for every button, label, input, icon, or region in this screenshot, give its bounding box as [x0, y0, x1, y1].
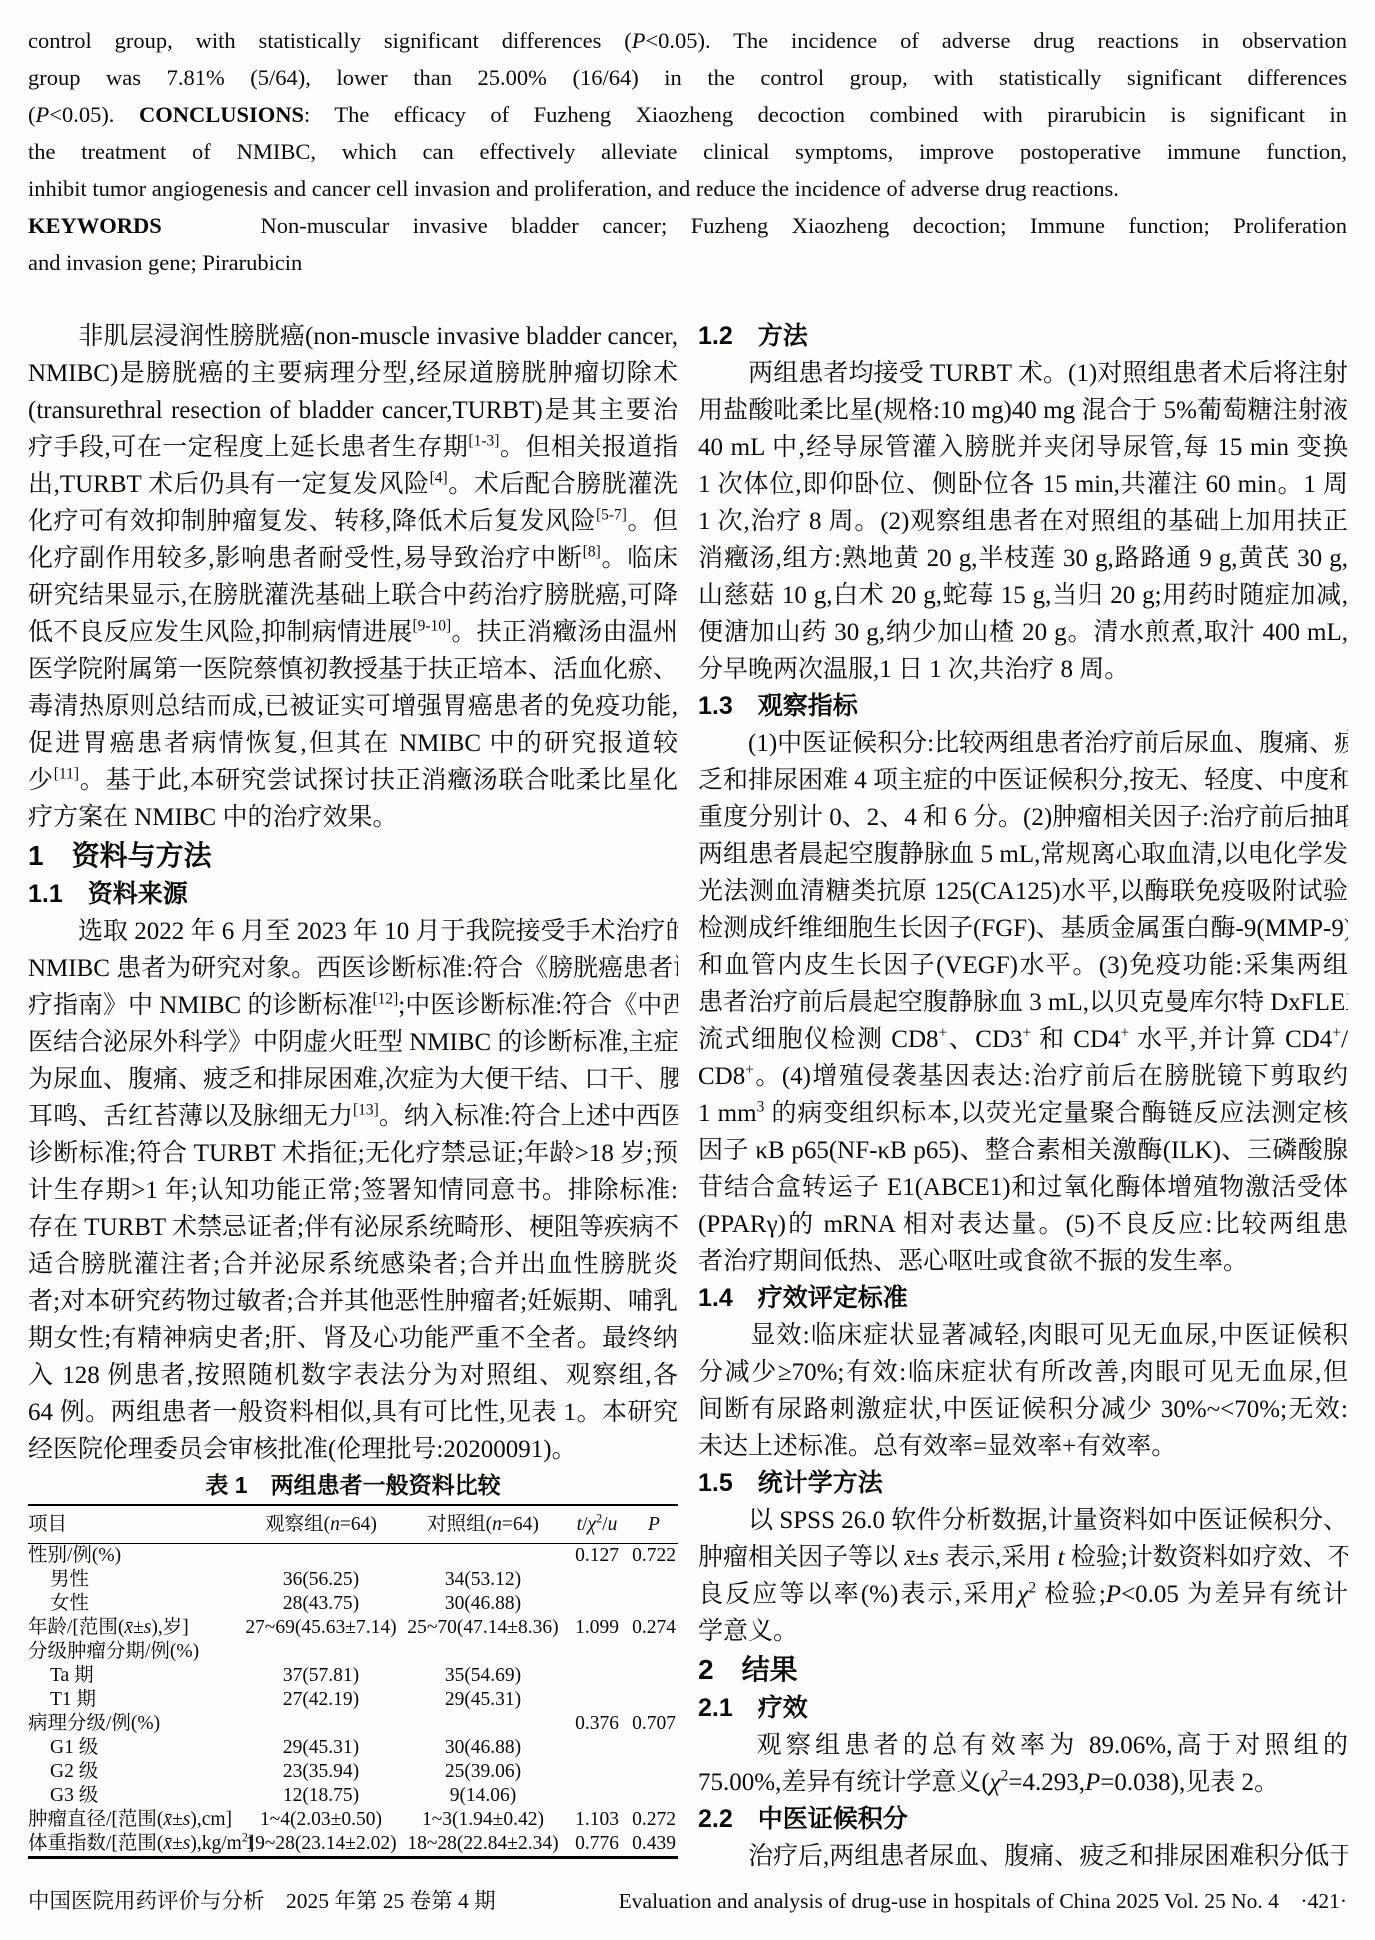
text-line: 肿瘤相关因子等以 x̄±s 表示,采用 t 检验;计数资料如疗效、不 [698, 1539, 1348, 1576]
table-cell: 28(43.75) [240, 1592, 402, 1616]
text-line: 良反应等以率(%)表示,采用χ2 检验;P<0.05 为差异有统计 [698, 1576, 1348, 1613]
table-cell: 0.776 [564, 1832, 630, 1858]
table-title: 表 1 两组患者一般资料比较 [28, 1468, 678, 1502]
table-cell: 性别/例(%) [28, 1544, 240, 1569]
text-line: 少[11]。基于此,本研究尝试探讨扶正消癥汤联合吡柔比星化 [28, 762, 678, 799]
text-line: 75.00%,差异有统计学意义(χ2=4.293,P=0.038),见表 2。 [698, 1764, 1348, 1801]
text-line: (transurethral resection of bladder canc… [28, 392, 678, 429]
text-line: 选取 2022 年 6 月至 2023 年 10 月于我院接受手术治疗的 [28, 913, 678, 950]
paragraph: 治疗后,两组患者尿血、腹痛、疲乏和排尿困难积分低于 [698, 1838, 1348, 1875]
table-cell: 男性 [28, 1568, 240, 1592]
column-header: t/χ2/u [564, 1505, 630, 1544]
text-line: 疗指南》中 NMIBC 的诊断标准[12];中医诊断标准:符合《中西 [28, 987, 678, 1024]
section-heading: 1.1 资料来源 [28, 876, 678, 913]
text-line: 64 例。两组患者一般资料相似,具有可比性,见表 1。本研究 [28, 1394, 678, 1431]
text-line: 医结合泌尿外科学》中阴虚火旺型 NMIBC 的诊断标准,主症 [28, 1024, 678, 1061]
table-cell: G2 级 [28, 1760, 240, 1784]
text-line: 分早晚两次温服,1 日 1 次,共治疗 8 周。 [698, 651, 1348, 688]
table-cell: 1.103 [564, 1808, 630, 1832]
table-row: 年龄/[范围(x̄±s),岁]27~69(45.63±7.14)25~70(47… [28, 1616, 678, 1640]
text-line: (1)中医证候积分:比较两组患者治疗前后尿血、腹痛、疲 [698, 725, 1348, 762]
text-line: 两组患者晨起空腹静脉血 5 mL,常规离心取血清,以电化学发 [698, 836, 1348, 873]
text-line: 耳鸣、舌红苔薄以及脉细无力[13]。纳入标准:符合上述中西医 [28, 1098, 678, 1135]
text-line: 检测成纤维细胞生长因子(FGF)、基质金属蛋白酶-9(MMP-9) [698, 910, 1348, 947]
table-head: 项目观察组(n=64)对照组(n=64)t/χ2/uP [28, 1505, 678, 1544]
column-header: 对照组(n=64) [402, 1505, 564, 1544]
text-line: group was 7.81% (5/64), lower than 25.00… [28, 59, 1347, 96]
table-cell: 37(57.81) [240, 1664, 402, 1688]
table-row: 体重指数/[范围(x̄±s),kg/m2]19~28(23.14±2.02)18… [28, 1832, 678, 1858]
table-cell [240, 1544, 402, 1569]
text-line: (P<0.05). CONCLUSIONS: The efficacy of F… [28, 96, 1347, 133]
text-line: 计生存期>1 年;认知功能正常;签署知情同意书。排除标准: [28, 1172, 678, 1209]
table-cell: 27~69(45.63±7.14) [240, 1616, 402, 1640]
text-line: 以 SPSS 26.0 软件分析数据,计量资料如中医证候积分、 [698, 1502, 1348, 1539]
table-cell: T1 期 [28, 1688, 240, 1712]
paragraph: 观察组患者的总有效率为 89.06%,高于对照组的75.00%,差异有统计学意义… [698, 1727, 1348, 1801]
paragraph: 非肌层浸润性膀胱癌(non-muscle invasive bladder ca… [28, 318, 678, 836]
table-cell: 18~28(22.84±2.34) [402, 1832, 564, 1858]
section-heading: 2.1 疗效 [698, 1690, 1348, 1727]
table-cell [630, 1784, 678, 1808]
text-line: 化疗可有效抑制肿瘤复发、转移,降低术后复发风险[5-7]。但 [28, 503, 678, 540]
table-cell: 27(42.19) [240, 1688, 402, 1712]
text-line: 分减少≥70%;有效:临床症状有所改善,肉眼可见无血尿,但 [698, 1354, 1348, 1391]
column-header: P [630, 1505, 678, 1544]
table-row: G1 级29(45.31)30(46.88) [28, 1736, 678, 1760]
table-1-general-data: 项目观察组(n=64)对照组(n=64)t/χ2/uP 性别/例(%)0.127… [28, 1504, 678, 1859]
table-row: 肿瘤直径/[范围(x̄±s),cm]1~4(2.03±0.50)1~3(1.94… [28, 1808, 678, 1832]
section-heading: 1.3 观察指标 [698, 688, 1348, 725]
table-cell: 19~28(23.14±2.02) [240, 1832, 402, 1858]
table-cell: 0.274 [630, 1616, 678, 1640]
right-column-text: 1.2 方法 两组患者均接受 TURBT 术。(1)对照组患者术后将注射用盐酸吡… [698, 318, 1348, 1875]
table-row: T1 期27(42.19)29(45.31) [28, 1688, 678, 1712]
table-cell: 9(14.06) [402, 1784, 564, 1808]
table-cell: 0.439 [630, 1832, 678, 1858]
text-line: control group, with statistically signif… [28, 22, 1347, 59]
text-line: 者治疗期间低热、恶心呕吐或食欲不振的发生率。 [698, 1243, 1348, 1280]
text-line: 学意义。 [698, 1613, 1348, 1650]
table-cell: G3 级 [28, 1784, 240, 1808]
text-line: 为尿血、腹痛、疲乏和排尿困难,次症为大便干结、口干、腰痛、 [28, 1061, 678, 1098]
text-line: 低不良反应发生风险,抑制病情进展[9-10]。扶正消癥汤由温州 [28, 614, 678, 651]
table-cell: 0.272 [630, 1808, 678, 1832]
text-line: 乏和排尿困难 4 项主症的中医证候积分,按无、轻度、中度和 [698, 762, 1348, 799]
text-line: 患者治疗前后晨起空腹静脉血 3 mL,以贝克曼库尔特 DxFLEX [698, 984, 1348, 1021]
text-line: 化疗副作用较多,影响患者耐受性,易导致治疗中断[8]。临床 [28, 540, 678, 577]
text-line: 1 次,治疗 8 周。(2)观察组患者在对照组的基础上加用扶正 [698, 503, 1348, 540]
left-column-text: 非肌层浸润性膀胱癌(non-muscle invasive bladder ca… [28, 318, 678, 1468]
text-line: 重度分别计 0、2、4 和 6 分。(2)肿瘤相关因子:治疗前后抽取 [698, 799, 1348, 836]
table-cell [402, 1640, 564, 1664]
table-cell: Ta 期 [28, 1664, 240, 1688]
text-line: 因子 κB p65(NF-κB p65)、整合素相关激酶(ILK)、三磷酸腺 [698, 1132, 1348, 1169]
journal-page: control group, with statistically signif… [0, 0, 1375, 1940]
text-line: 苷结合盒转运子 E1(ABCE1)和过氧化酶体增殖物激活受体 [698, 1169, 1348, 1206]
table-cell: 0.376 [564, 1712, 630, 1736]
section-heading: 2.2 中医证候积分 [698, 1801, 1348, 1838]
table-cell [564, 1568, 630, 1592]
text-line: 未达上述标准。总有效率=显效率+有效率。 [698, 1428, 1348, 1465]
text-line: 40 mL 中,经导尿管灌入膀胱并夹闭导尿管,每 15 min 变换 [698, 429, 1348, 466]
table-cell [630, 1760, 678, 1784]
text-line: 疗手段,可在一定程度上延长患者生存期[1-3]。但相关报道指 [28, 429, 678, 466]
text-line: 经医院伦理委员会审核批准(伦理批号:20200091)。 [28, 1431, 678, 1468]
table-cell: 体重指数/[范围(x̄±s),kg/m2] [28, 1832, 240, 1858]
table-cell: G1 级 [28, 1736, 240, 1760]
text-line: 研究结果显示,在膀胱灌洗基础上联合中药治疗膀胱癌,可降 [28, 577, 678, 614]
table-cell: 25(39.06) [402, 1760, 564, 1784]
table-row: 男性36(56.25)34(53.12) [28, 1568, 678, 1592]
section-heading: 2 结果 [698, 1650, 1348, 1690]
paragraph: 以 SPSS 26.0 软件分析数据,计量资料如中医证候积分、肿瘤相关因子等以 … [698, 1502, 1348, 1650]
text-line: 入 128 例患者,按照随机数字表法分为对照组、观察组,各 [28, 1357, 678, 1394]
text-line: 光法测血清糖类抗原 125(CA125)水平,以酶联免疫吸附试验 [698, 873, 1348, 910]
text-line: 观察组患者的总有效率为 89.06%,高于对照组的 [698, 1727, 1348, 1764]
table-cell: 30(46.88) [402, 1736, 564, 1760]
table-cell [564, 1760, 630, 1784]
table-header-row: 项目观察组(n=64)对照组(n=64)t/χ2/uP [28, 1505, 678, 1544]
table-cell [564, 1640, 630, 1664]
table-cell: 0.707 [630, 1712, 678, 1736]
table-body: 性别/例(%)0.1270.722男性36(56.25)34(53.12)女性2… [28, 1544, 678, 1858]
text-line: 出,TURBT 术后仍具有一定复发风险[4]。术后配合膀胱灌洗 [28, 466, 678, 503]
table-row: G2 级23(35.94)25(39.06) [28, 1760, 678, 1784]
text-line: CD8+。(4)增殖侵袭基因表达:治疗前后在膀胱镜下剪取约 [698, 1058, 1348, 1095]
column-header: 观察组(n=64) [240, 1505, 402, 1544]
table-row: 性别/例(%)0.1270.722 [28, 1544, 678, 1569]
text-line: 期女性;有精神病史者;肝、肾及心功能严重不全者。最终纳 [28, 1320, 678, 1357]
section-heading: 1.2 方法 [698, 318, 1348, 355]
paragraph: 两组患者均接受 TURBT 术。(1)对照组患者术后将注射用盐酸吡柔比星(规格:… [698, 355, 1348, 688]
text-line: 促进胃癌患者病情恢复,但其在 NMIBC 中的研究报道较 [28, 725, 678, 762]
abstract-english: control group, with statistically signif… [28, 0, 1347, 281]
table-cell: 年龄/[范围(x̄±s),岁] [28, 1616, 240, 1640]
table-cell: 1~4(2.03±0.50) [240, 1808, 402, 1832]
text-line: NMIBC 患者为研究对象。西医诊断标准:符合《膀胱癌患者诊 [28, 950, 678, 987]
text-line: 存在 TURBT 术禁忌证者;伴有泌尿系统畸形、梗阻等疾病不 [28, 1209, 678, 1246]
table-cell [564, 1784, 630, 1808]
page-footer: 中国医院用药评价与分析 2025 年第 25 卷第 4 期 Evaluation… [28, 1884, 1347, 1915]
text-line: 间断有尿路刺激症状,中医证候积分减少 30%~<70%;无效: [698, 1391, 1348, 1428]
paragraph: (1)中医证候积分:比较两组患者治疗前后尿血、腹痛、疲乏和排尿困难 4 项主症的… [698, 725, 1348, 1280]
right-column: 1.2 方法 两组患者均接受 TURBT 术。(1)对照组患者术后将注射用盐酸吡… [698, 318, 1348, 1875]
table-cell: 35(54.69) [402, 1664, 564, 1688]
table-cell: 1~3(1.94±0.42) [402, 1808, 564, 1832]
text-line: NMIBC)是膀胱癌的主要病理分型,经尿道膀胱肿瘤切除术 [28, 355, 678, 392]
footer-journal-title-cn: 中国医院用药评价与分析 2025 年第 25 卷第 4 期 [28, 1884, 496, 1915]
text-line: (PPARγ)的 mRNA 相对表达量。(5)不良反应:比较两组患 [698, 1206, 1348, 1243]
table-cell: 0.722 [630, 1544, 678, 1569]
section-heading: 1 资料与方法 [28, 836, 678, 876]
table-cell [630, 1568, 678, 1592]
table-cell [564, 1664, 630, 1688]
table-cell: 肿瘤直径/[范围(x̄±s),cm] [28, 1808, 240, 1832]
text-line: 1 次体位,即仰卧位、侧卧位各 15 min,共灌注 60 min。1 周 [698, 466, 1348, 503]
table-cell [402, 1712, 564, 1736]
table-cell: 女性 [28, 1592, 240, 1616]
two-column-body: 非肌层浸润性膀胱癌(non-muscle invasive bladder ca… [28, 318, 1347, 1875]
table-cell: 0.127 [564, 1544, 630, 1569]
text-line: 用盐酸吡柔比星(规格:10 mg)40 mg 混合于 5%葡萄糖注射液 [698, 392, 1348, 429]
table-cell [630, 1688, 678, 1712]
table-cell: 分级肿瘤分期/例(%) [28, 1640, 240, 1664]
text-line: inhibit tumor angiogenesis and cancer ce… [28, 170, 1347, 207]
text-line: 者;对本研究药物过敏者;合并其他恶性肿瘤者;妊娠期、哺乳 [28, 1283, 678, 1320]
text-line: 医学院附属第一医院蔡慎初教授基于扶正培本、活血化瘀、解 [28, 651, 678, 688]
text-line: 两组患者均接受 TURBT 术。(1)对照组患者术后将注射 [698, 355, 1348, 392]
text-line: 治疗后,两组患者尿血、腹痛、疲乏和排尿困难积分低于 [698, 1838, 1348, 1875]
table-cell [240, 1712, 402, 1736]
text-line: KEYWORDS Non-muscular invasive bladder c… [28, 207, 1347, 244]
paragraph: 显效:临床症状显著减轻,肉眼可见无血尿,中医证候积分减少≥70%;有效:临床症状… [698, 1317, 1348, 1465]
table-cell: 25~70(47.14±8.36) [402, 1616, 564, 1640]
text-line: 和血管内皮生长因子(VEGF)水平。(3)免疫功能:采集两组 [698, 947, 1348, 984]
table-cell [630, 1736, 678, 1760]
section-heading: 1.5 统计学方法 [698, 1465, 1348, 1502]
table-cell [630, 1640, 678, 1664]
footer-journal-title-en: Evaluation and analysis of drug-use in h… [619, 1884, 1347, 1915]
left-column: 非肌层浸润性膀胱癌(non-muscle invasive bladder ca… [28, 318, 678, 1875]
table-cell [240, 1640, 402, 1664]
text-line: 山慈菇 10 g,白术 20 g,蛇莓 15 g,当归 20 g;用药时随症加减… [698, 577, 1348, 614]
text-line: 流式细胞仪检测 CD8+、CD3+ 和 CD4+ 水平,并计算 CD4+/ [698, 1021, 1348, 1058]
text-line: 适合膀胱灌注者;合并泌尿系统感染者;合并出血性膀胱炎 [28, 1246, 678, 1283]
table-cell [564, 1736, 630, 1760]
text-line: 1 mm3 的病变组织标本,以荧光定量聚合酶链反应法测定核 [698, 1095, 1348, 1132]
table-row: Ta 期37(57.81)35(54.69) [28, 1664, 678, 1688]
text-line: 疗方案在 NMIBC 中的治疗效果。 [28, 799, 678, 836]
text-line: 毒清热原则总结而成,已被证实可增强胃癌患者的免疫功能, [28, 688, 678, 725]
column-header: 项目 [28, 1505, 240, 1544]
table-row: 病理分级/例(%)0.3760.707 [28, 1712, 678, 1736]
text-line: 便溏加山药 30 g,纳少加山楂 20 g。清水煎煮,取汁 400 mL, [698, 614, 1348, 651]
table-cell: 病理分级/例(%) [28, 1712, 240, 1736]
table-row: 分级肿瘤分期/例(%) [28, 1640, 678, 1664]
table-cell [630, 1664, 678, 1688]
text-line: 诊断标准;符合 TURBT 术指征;无化疗禁忌证;年龄>18 岁;预 [28, 1135, 678, 1172]
table-row: G3 级12(18.75)9(14.06) [28, 1784, 678, 1808]
text-line: 非肌层浸润性膀胱癌(non-muscle invasive bladder ca… [28, 318, 678, 355]
table-cell [402, 1544, 564, 1569]
table-cell: 29(45.31) [240, 1736, 402, 1760]
table-cell: 36(56.25) [240, 1568, 402, 1592]
table-cell [630, 1592, 678, 1616]
text-line: the treatment of NMIBC, which can effect… [28, 133, 1347, 170]
table-cell [564, 1688, 630, 1712]
table-cell: 23(35.94) [240, 1760, 402, 1784]
table-cell: 1.099 [564, 1616, 630, 1640]
table-cell: 29(45.31) [402, 1688, 564, 1712]
section-heading: 1.4 疗效评定标准 [698, 1280, 1348, 1317]
text-line: 消癥汤,组方:熟地黄 20 g,半枝莲 30 g,路路通 9 g,黄芪 30 g… [698, 540, 1348, 577]
text-line: 显效:临床症状显著减轻,肉眼可见无血尿,中医证候积 [698, 1317, 1348, 1354]
paragraph: 选取 2022 年 6 月至 2023 年 10 月于我院接受手术治疗的NMIB… [28, 913, 678, 1468]
text-line: and invasion gene; Pirarubicin [28, 244, 1347, 281]
table-cell: 12(18.75) [240, 1784, 402, 1808]
table-row: 女性28(43.75)30(46.88) [28, 1592, 678, 1616]
table-cell: 30(46.88) [402, 1592, 564, 1616]
table-cell: 34(53.12) [402, 1568, 564, 1592]
table-cell [564, 1592, 630, 1616]
